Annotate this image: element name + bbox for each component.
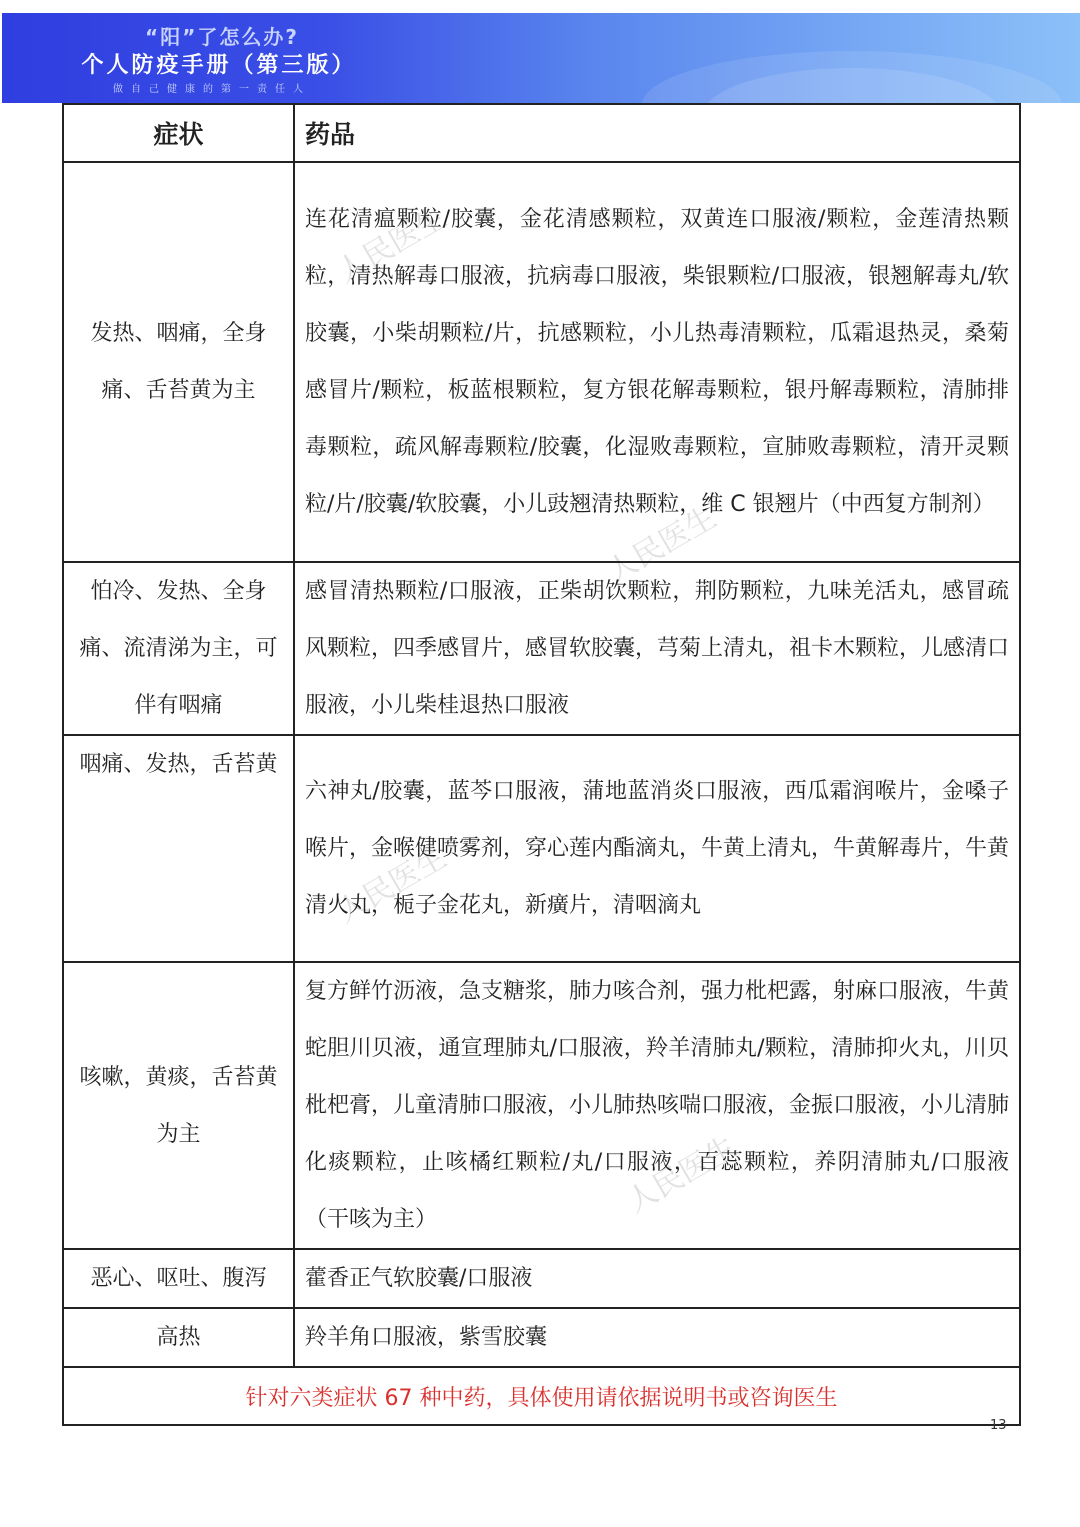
medicine-cell: 复方鲜竹沥液，急支糖浆，肺力咳合剂，强力枇杷露，射麻口服液，牛黄蛇胆川贝液，通宣… [294,962,1020,1249]
banner-tagline: 做自己健康的第一责任人 [92,80,332,95]
symptom-cell: 怕冷、发热、全身痛、流清涕为主，可伴有咽痛 [63,562,294,735]
footnote: 针对六类症状 67 种中药，具体使用请依据说明书或咨询医生 [63,1367,1020,1425]
medicine-cell: 藿香正气软胶囊/口服液 [294,1249,1020,1308]
table-row: 发热、咽痛，全身痛、舌苔黄为主 连花清瘟颗粒/胶囊，金花清感颗粒，双黄连口服液/… [63,162,1020,562]
table-row: 怕冷、发热、全身痛、流清涕为主，可伴有咽痛 感冒清热颗粒/口服液，正柴胡饮颗粒，… [63,562,1020,735]
symptom-cell: 高热 [63,1308,294,1367]
symptom-cell: 咳嗽，黄痰，舌苔黄为主 [63,962,294,1249]
table-row: 恶心、呕吐、腹泻 藿香正气软胶囊/口服液 [63,1249,1020,1308]
symptom-cell: 发热、咽痛，全身痛、舌苔黄为主 [63,162,294,562]
medicine-cell: 羚羊角口服液，紫雪胶囊 [294,1308,1020,1367]
table-row: 咳嗽，黄痰，舌苔黄为主 复方鲜竹沥液，急支糖浆，肺力咳合剂，强力枇杷露，射麻口服… [63,962,1020,1249]
header-symptom: 症状 [63,104,294,162]
table-row: 咽痛、发热，舌苔黄 六神丸/胶囊，蓝芩口服液，蒲地蓝消炎口服液，西瓜霜润喉片，金… [63,735,1020,962]
medicine-table: 症状 药品 发热、咽痛，全身痛、舌苔黄为主 连花清瘟颗粒/胶囊，金花清感颗粒，双… [62,103,1021,1426]
medicine-cell: 六神丸/胶囊，蓝芩口服液，蒲地蓝消炎口服液，西瓜霜润喉片，金嗓子喉片，金喉健喷雾… [294,735,1020,962]
table-header-row: 症状 药品 [63,104,1020,162]
medicine-cell: 感冒清热颗粒/口服液，正柴胡饮颗粒，荆防颗粒，九味羌活丸，感冒疏风颗粒，四季感冒… [294,562,1020,735]
medicine-cell: 连花清瘟颗粒/胶囊，金花清感颗粒，双黄连口服液/颗粒，金莲清热颗粒，清热解毒口服… [294,162,1020,562]
symptom-cell: 恶心、呕吐、腹泻 [63,1249,294,1308]
table-row: 高热 羚羊角口服液，紫雪胶囊 [63,1308,1020,1367]
header-banner: “阳”了怎么办? 个人防疫手册（第三版） 做自己健康的第一责任人 [2,13,1080,103]
footnote-row: 针对六类症状 67 种中药，具体使用请依据说明书或咨询医生 [63,1367,1020,1425]
banner-subtitle: “阳”了怎么办? [122,21,322,50]
symptom-cell: 咽痛、发热，舌苔黄 [63,735,294,962]
banner-title: 个人防疫手册（第三版） [74,48,364,79]
page-number: 13 [990,1418,1007,1433]
header-medicine: 药品 [294,104,1020,162]
